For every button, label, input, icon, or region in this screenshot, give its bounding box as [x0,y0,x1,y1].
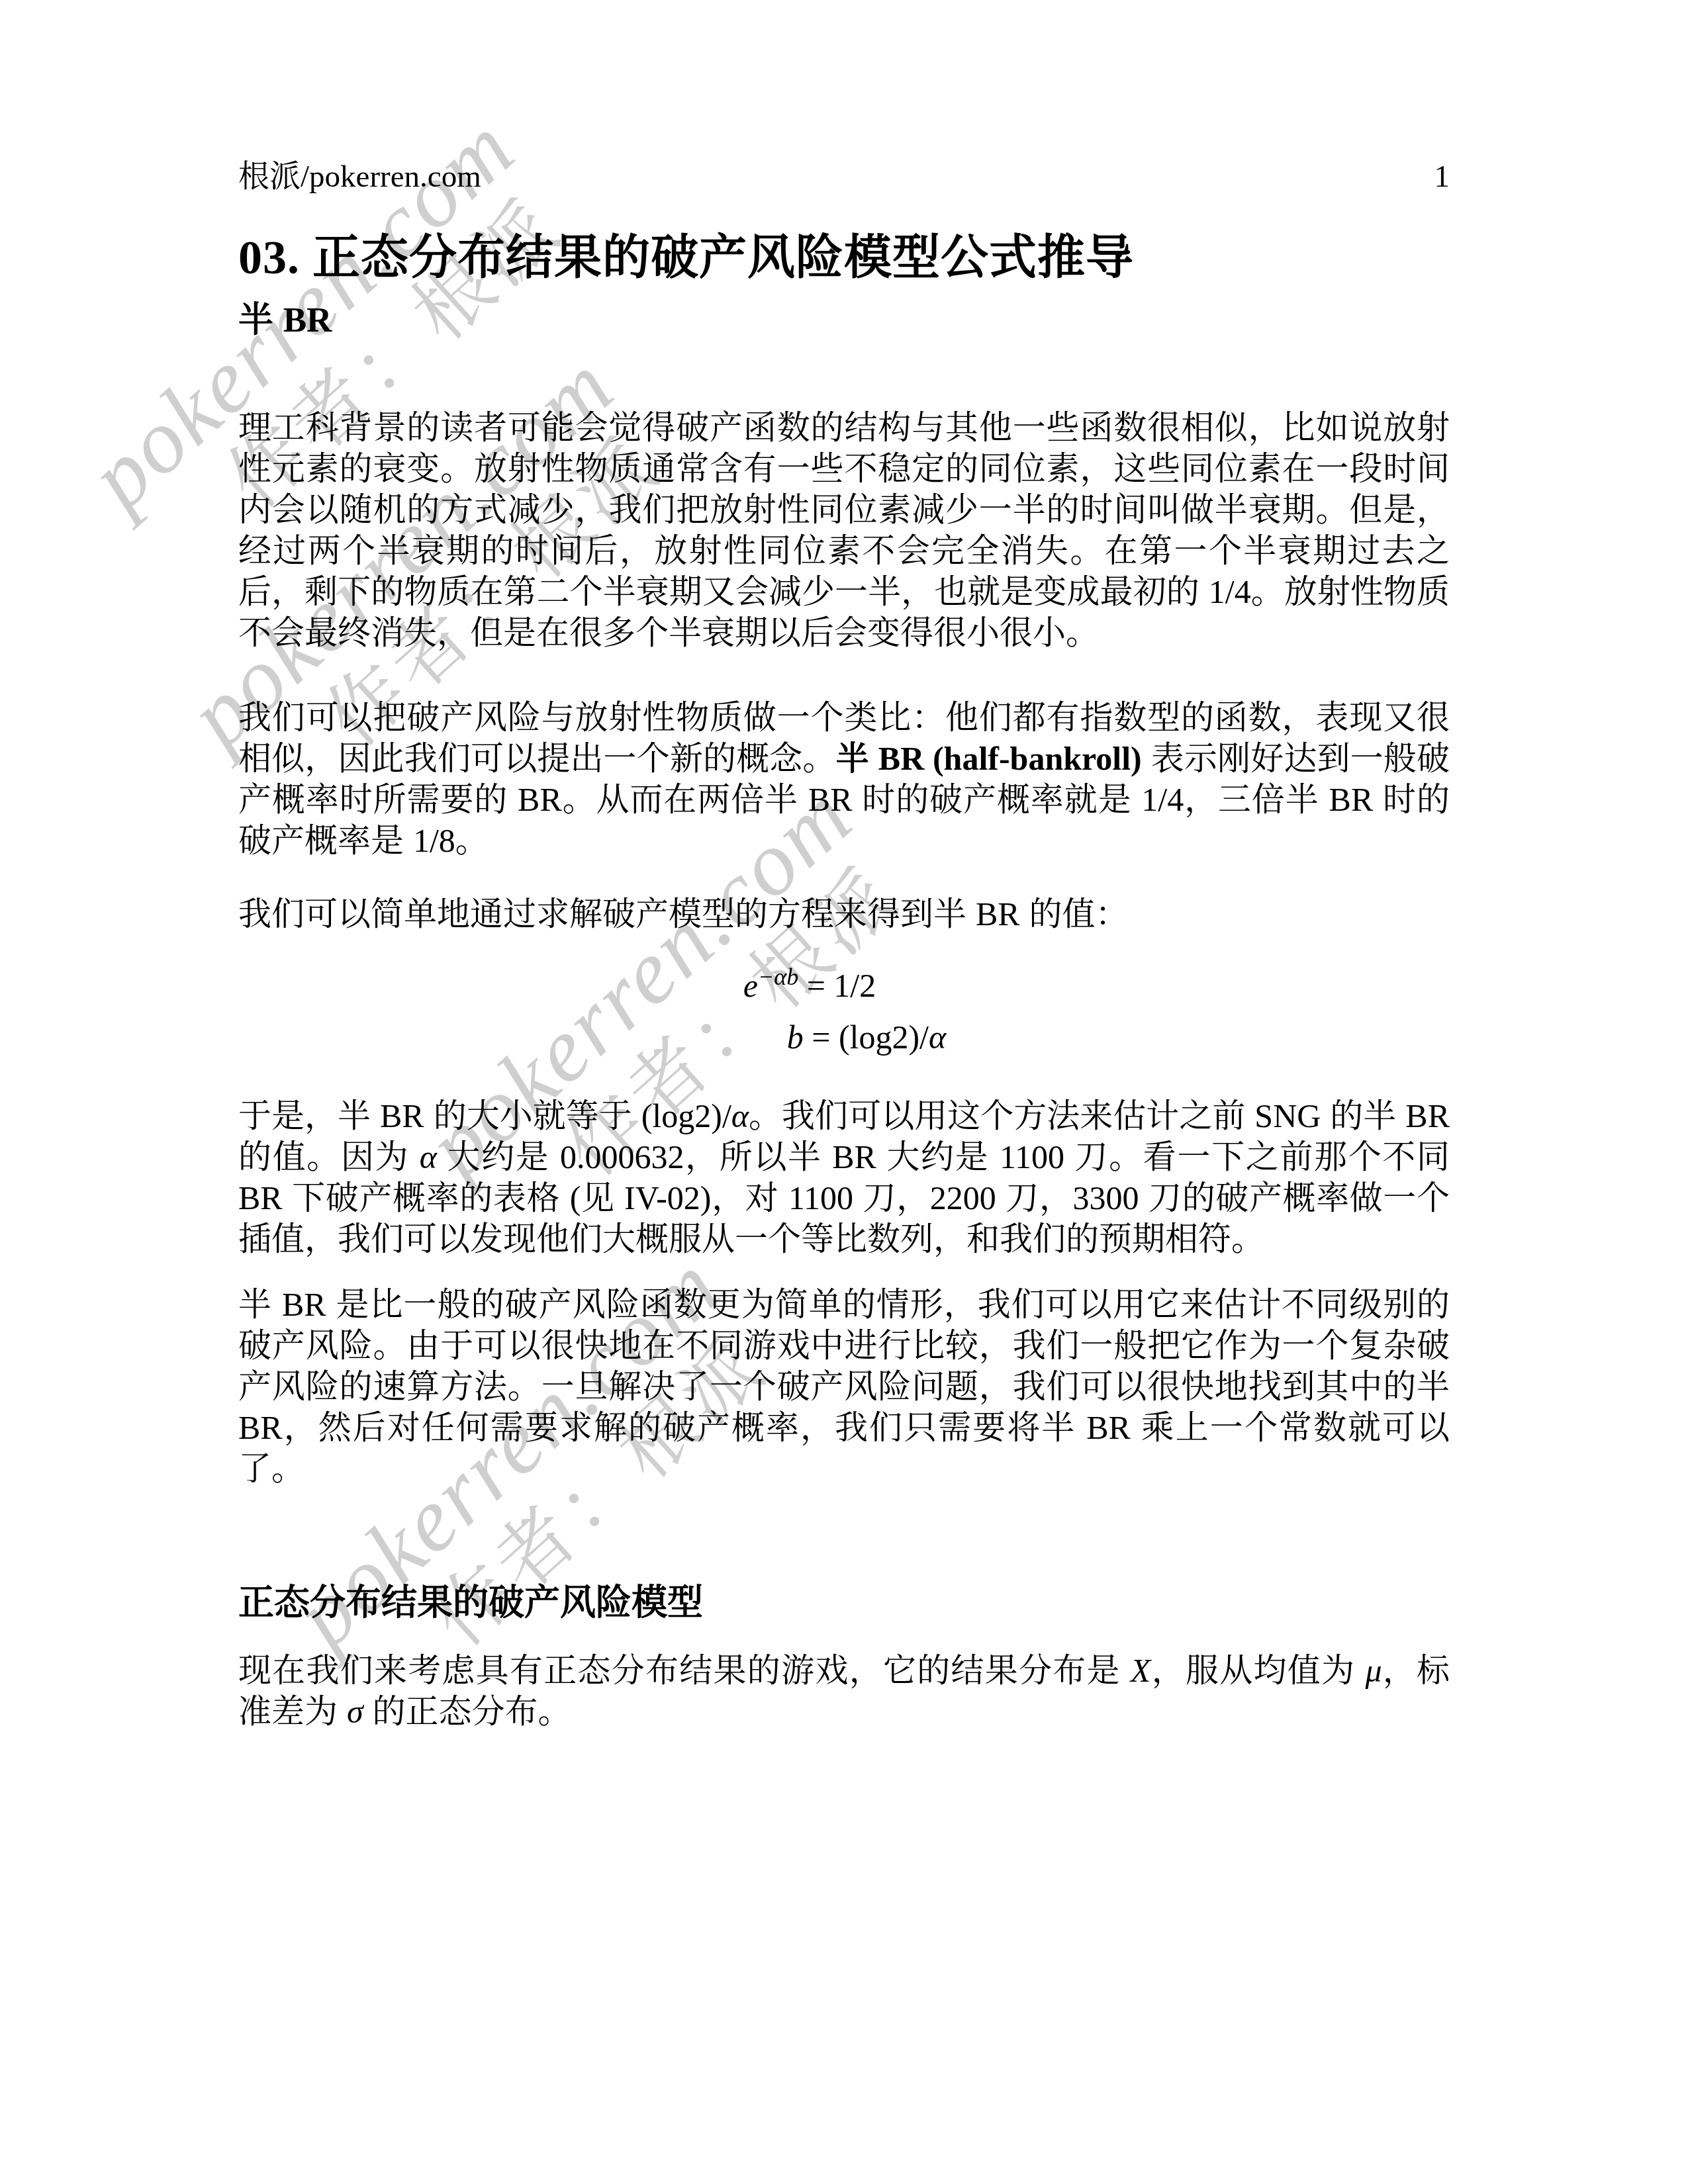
chapter-title: 03. 正态分布结果的破产风险模型公式推导 [238,228,1450,287]
section-heading-half-br: 半 BR [238,299,1450,342]
text-segment: 1100 [1000,1138,1064,1175]
paragraph-sng-estimate: 于是，半 BR 的大小就等于 (log2)/α。我们可以用这个方法来估计之前 S… [238,1095,1450,1259]
text-segment: ，然后对任何需要求解的破产概率，我们只需要将半 [283,1409,1086,1446]
text-segment: 03. [238,231,312,284]
formula-block: e−αb = 1/2 b = (log2)/α [238,960,1450,1063]
text-segment: BR [976,895,1020,933]
text-segment: 半 [238,1286,282,1323]
text-segment: 1/8 [413,822,455,859]
text-segment: BR [380,1097,424,1134]
text-segment: BR [238,1179,283,1216]
paragraph-normal-distribution-intro: 现在我们来考虑具有正态分布结果的游戏，它的结果分布是 X，服从均值为 μ，标准差… [238,1650,1450,1732]
text-segment: BR [1086,1409,1131,1446]
text-segment: 现在我们来考虑具有正态分布结果的游戏，它的结果分布是 [238,1652,1131,1689]
text-segment: X [1131,1652,1151,1689]
text-segment: μ [1365,1652,1382,1689]
text-segment: 1/4 [1141,781,1184,818]
text-segment: 的大小就等于 [424,1097,641,1134]
page-header: 根派/pokerren.com 1 [238,159,1450,195]
formula-log-expression: = (log2)/ [804,1019,929,1056]
text-segment: 。从而在两倍半 [562,781,808,818]
text-segment: 时的破产概率就是 [853,781,1142,818]
text-segment: BR [1405,1097,1450,1134]
formula-exponent: −αb [758,964,798,990]
text-segment: 于是，半 [238,1097,380,1134]
text-segment: 下破产概率的表格 [283,1179,570,1216]
text-segment: 半 [238,300,283,340]
text-segment: BR [238,1409,283,1446]
text-segment: 正态分布结果的破产风险模型公式推导 [312,231,1134,284]
text-segment: 。 [455,822,489,859]
text-segment: BR [832,1138,876,1175]
text-segment: 的值： [1020,895,1129,933]
text-segment: ，三倍半 [1184,781,1329,818]
text-segment: BR [283,301,332,340]
formula-alpha-variable: α [929,1019,946,1056]
text-segment: 刀。看一下之前那个不同 [1064,1138,1450,1175]
formula-b-variable: b [787,1019,804,1056]
text-segment: 2200 [930,1179,996,1216]
text-segment: ，所以半 [684,1138,832,1175]
formula-e-base: e [743,967,758,1004]
formula-equals-half: = 1/2 [798,967,876,1004]
text-segment: 的值。因为 [238,1138,420,1175]
text-segment: 大约是 [437,1138,560,1175]
text-segment: 3300 [1073,1179,1139,1216]
text-segment: BR [518,781,562,818]
text-segment: BR [808,781,853,818]
paragraph-half-br-usage: 半 BR 是比一般的破产风险函数更为简单的情形，我们可以用它来估计不同级别的破产… [238,1284,1450,1489]
paragraph-half-br-definition: 我们可以把破产风险与放射性物质做一个类比：他们都有指数型的函数，表现又很相似，因… [238,697,1450,861]
text-segment: 刀， [996,1179,1073,1216]
text-segment: SNG [1254,1097,1321,1134]
text-segment: α [731,1097,749,1134]
paragraph-solve-equation-intro: 我们可以简单地通过求解破产模型的方程来得到半 BR 的值： [238,893,1450,934]
formula-line-2: b = (log2)/α [261,1011,1472,1063]
formula-line-1: e−αb = 1/2 [204,960,1415,1011]
text-segment: BR (half-bankroll) [878,740,1142,777]
text-segment: 半 [836,740,878,777]
page-number: 1 [1434,159,1450,195]
section-heading-normal-model: 正态分布结果的破产风险模型 [238,1582,1450,1625]
text-segment: 的正态分布。 [363,1693,571,1730]
document-page: pokerren.com 作者：根派 pokerren.com 作者：根派 po… [0,0,1688,2184]
text-segment: α [420,1138,437,1175]
text-segment: σ [347,1693,363,1730]
text-segment: 1100 [788,1179,853,1216]
text-segment: 的半 [1321,1097,1405,1134]
text-segment: ，服从均值为 [1150,1652,1365,1689]
text-segment: BR [1329,781,1374,818]
paragraph-radioactive-analogy: 理工科背景的读者可能会觉得破产函数的结构与其他一些函数很相似，比如说放射性元素的… [238,407,1450,653]
text-segment: BR [282,1286,326,1323]
header-site-label: 根派/pokerren.com [238,159,481,195]
text-segment: 是比一般的破产风险函数更为简单的情形，我们可以用它来估计不同级别的破产风险。由于… [238,1286,1450,1405]
text-segment: 我们可以简单地通过求解破产模型的方程来得到半 [238,895,976,933]
text-segment: IV-02) [624,1179,711,1216]
text-segment: 。我们可以用这个方法来估计之前 [749,1097,1254,1134]
text-segment: ( [570,1179,581,1216]
text-segment: ，对 [712,1179,788,1216]
text-segment: 0.000632 [560,1138,684,1175]
text-segment: 大约是 [876,1138,1000,1175]
text-segment: 见 [581,1179,624,1216]
text-segment: 1/4 [1209,573,1251,610]
text-segment: 刀， [853,1179,930,1216]
text-segment: (log2)/ [641,1097,731,1134]
